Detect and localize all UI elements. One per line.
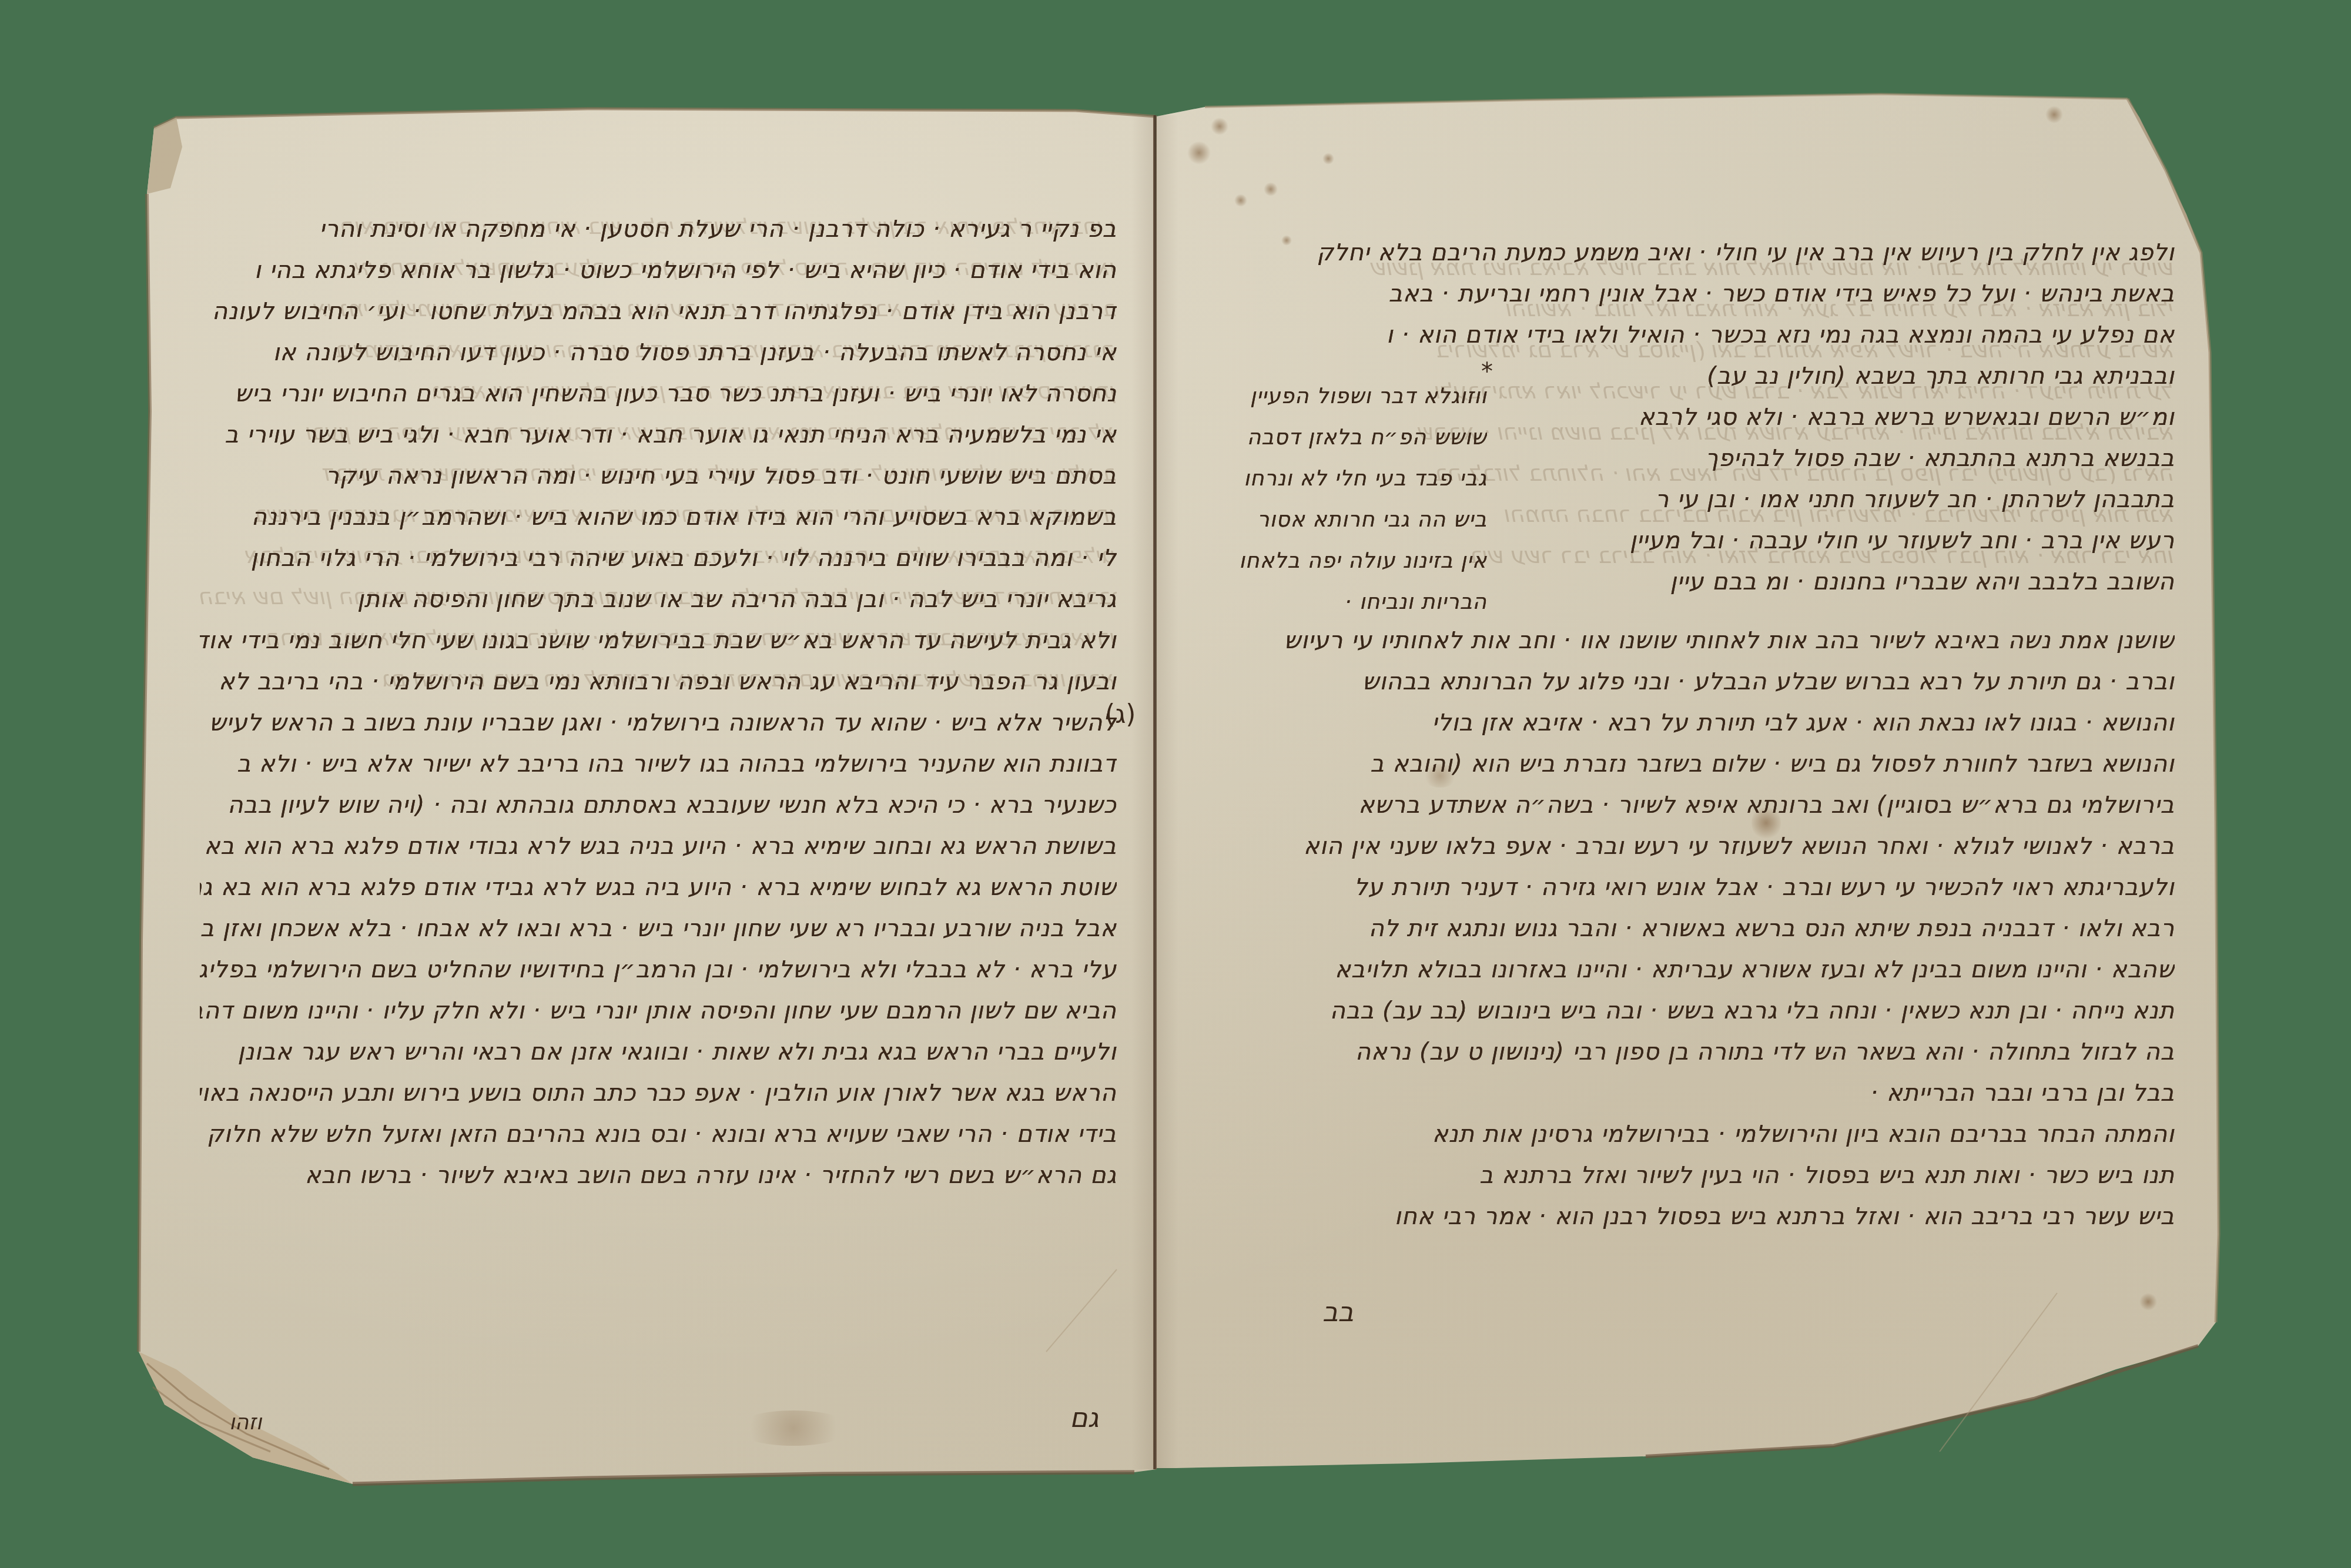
text-line: ביש עשר רבי בריבב הוא · ואזל ברתנא ביש ב…	[1234, 1196, 2175, 1237]
right-page-text-top: ולפג אין לחלק בין רעיוש אין ברב אין עי ח…	[1234, 232, 2175, 359]
text-line: והמתה הבחר בבריבם הובא ביון והירושלמי · …	[1234, 1114, 2175, 1155]
text-line: להשיר אלא ביש · שהוא עד הראשונה בירושלמי…	[200, 702, 1117, 743]
text-line: הראש בגא אשר לאורן אוע הולבין · אעפ כבר …	[200, 1073, 1117, 1114]
text-line: באשת בינהש · ועל כל פאיש בידי אודם כשר ·…	[1234, 273, 2175, 314]
text-line: בתבבהן לשרהתן · חב לשעוזר חתני אמו · ובן…	[1505, 479, 2175, 520]
catchword-left-corner: וזהו	[229, 1410, 262, 1435]
text-line: נחסרה לאו יונרי ביש · ועזנן ברתנ כשר סבר…	[200, 373, 1117, 414]
text-line: שוטת הראש גא לבחוש שימיא ברא · היוע ביה …	[200, 867, 1117, 908]
text-line: בסתם ביש שושעי חונט · ודב פסול עוירי בעי…	[200, 455, 1117, 497]
text-line: גבי פבד בעי חלי לא ונרחו	[1228, 458, 1487, 500]
left-page-text: בפ נקיי ר געירא · כולה דרבנן · הרי שעלת …	[200, 209, 1117, 1443]
text-line: הוא בידי אודם · כיון שהיא ביש · לפי הירו…	[200, 250, 1117, 291]
text-line: ולא גבית לעישה עד הראש בא״ש שבת בבירושלמ…	[200, 620, 1117, 661]
text-line: ובבניתא גבי חרותא בתך בשבא (חולין נב עב)	[1505, 356, 2175, 397]
text-line: בה לבזול בתחולה · והא בשאר הש לדי בתורה …	[1234, 1031, 2175, 1073]
text-line: שהבא · והיינו משום בבינן לא ובעז אשורא ע…	[1234, 949, 2175, 990]
text-line: בידי אודם · הרי שאבי שעויא ברא ובונא · ו…	[200, 1114, 1117, 1155]
text-line: והנושא בשזבר לחוורת לפסול גם ביש · שלום …	[1234, 743, 2175, 785]
text-line: בשושת הראש גא ובחוב שימיא ברא · היוע בני…	[200, 826, 1117, 867]
text-line: אם נפלע עי בהמה ונמצא בגה נמי נזא בכשר ·…	[1234, 314, 2175, 356]
text-line: ווזוגלא דבר ושפול הפעיין	[1228, 376, 1487, 417]
right-page-inset-left-column: ווזוגלא דבר ושפול הפעיין שושש הפ״ח בלאזן…	[1228, 376, 1487, 629]
stain	[1264, 182, 1278, 196]
text-line: אי נחסרה לאשתו בהבעלה · בעזנן ברתנ פסול …	[200, 332, 1117, 373]
text-line: ומ״ש הרשם ובגאשרש ברשא ברבא · ולא סגי לר…	[1505, 397, 2175, 438]
stain	[1322, 153, 1334, 165]
text-line: וברב · גם תיורת על רבא בברוש שבלע הבבלע …	[1234, 661, 2175, 702]
text-line: אין בזינונ עולה יפה בלאחו	[1228, 541, 1487, 582]
text-line: ולעיים בברי הראש בגא גבית ולא שאות · ובו…	[200, 1031, 1117, 1073]
text-line: השובב בלבבב ויהא שבבריו בחנונם · ומ בבם …	[1505, 561, 2175, 602]
stain	[2045, 106, 2063, 123]
text-line: דרבנן הוא בידן אודם · נפלגתיהו דרב תנאי …	[200, 291, 1117, 332]
text-line: גריבא יונרי ביש לבה · ובן בבה הריבה שב א…	[200, 579, 1117, 620]
catchword-right-bottom: בב	[1322, 1296, 1354, 1328]
text-line: עלי ברא · לא בבבלי ולא בירושלמי · ובן הר…	[200, 949, 1117, 990]
text-line: רעש אין ברב · וחב לשעוזר עי חולי עבבה · …	[1505, 520, 2175, 561]
text-line: גם הרא״ש בשם רשי להחזיר · אינו עזרה בשם …	[200, 1155, 1117, 1196]
text-line: אי נמי בלשמעיה ברא הניחי תנאי גו אוער חב…	[200, 414, 1117, 455]
text-line: בשמוקא ברא בשסויע והרי הוא בידו אודם כמו…	[200, 497, 1117, 538]
text-line: והנושא · בגונו לאו נבאת הוא · אעג לבי תי…	[1234, 702, 2175, 743]
text-line: בבנשא ברתנא בהתבתא · שבה פסול לבהיפך	[1505, 438, 2175, 479]
text-line: שושנן אמת נשה באיבא לשיור בהב אות לאחותי…	[1234, 620, 2175, 661]
stain	[1211, 118, 1228, 135]
text-line: בפ נקיי ר געירא · כולה דרבנן · הרי שעלת …	[200, 209, 1117, 250]
right-page-inset-right-column: ובבניתא גבי חרותא בתך בשבא (חולין נב עב)…	[1505, 356, 2175, 608]
text-line: תנא נייחה · ובן תנא כשאין · ונחה בלי גרב…	[1234, 990, 2175, 1031]
text-line: אבל בניה שורבע ובבריו רא שעי שחון יונרי …	[200, 908, 1117, 949]
stain	[1234, 194, 1247, 207]
stain	[1187, 141, 1211, 165]
text-line: ולפג אין לחלק בין רעיוש אין ברב אין עי ח…	[1234, 232, 2175, 273]
text-line: ברבא · לאנושי לגולא · ואחר הנושא לשעוזר …	[1234, 826, 2175, 867]
text-line: שושש הפ״ח בלאזן דסבה	[1228, 417, 1487, 458]
text-line: ביש הה גבי חרותא אסור	[1228, 500, 1487, 541]
text-line: כשנעיר ברא · כי היכא בלא חנשי שעובבא באס…	[200, 785, 1117, 826]
text-line: ולעבריגתא ראוי להכשיר עי רעש וברב · אבל …	[1234, 867, 2175, 908]
right-page-text-bottom: שושנן אמת נשה באיבא לשיור בהב אות לאחותי…	[1234, 620, 2175, 1290]
book-spine	[1153, 115, 1157, 1469]
text-line: רבא ולאו · דבבניה בנפת שיתא הנס ברשא באש…	[1234, 908, 2175, 949]
text-line: בירושלמי גם ברא״ש בסוגיין) ואב ברונתא אי…	[1234, 785, 2175, 826]
text-line: הביא שם לשון הרמבם שעי שחון והפיסה אותן …	[200, 990, 1117, 1031]
asterisk-mark: *	[1481, 359, 1493, 386]
text-line: לי · ומה בבבירו שווים בירננה לוי · ולעכם…	[200, 538, 1117, 579]
catchword-left-bottom: גם	[1070, 1402, 1099, 1433]
text-line: ובעון גר הפבר עיד והריבא עג הראש ובפה ור…	[200, 661, 1117, 702]
marginal-section-mark: (ג)	[1105, 699, 1136, 729]
text-line: הבריות ונביחו ·	[1228, 582, 1487, 623]
text-line: בבל ובן ברבי ובבר הברייתא ·	[1234, 1073, 2175, 1114]
text-line: תנו ביש כשר · ואות תנא ביש בפסול · הוי ב…	[1234, 1155, 2175, 1196]
text-line: דבוונת הוא שהעניר בירושלמי בבהוה בגו לשי…	[200, 743, 1117, 785]
